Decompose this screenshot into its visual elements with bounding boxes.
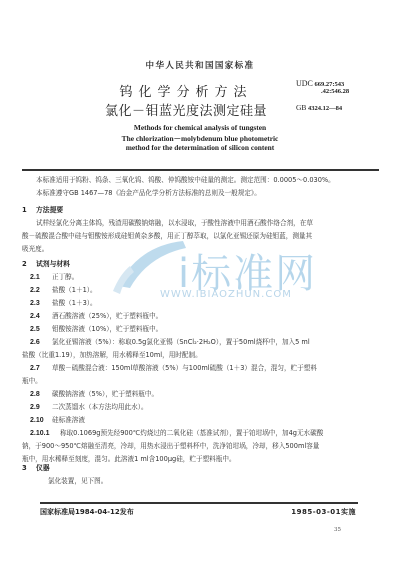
- list-item-2-6-cont: 盐酸（比重1.19），加热溶解，用水稀释至10ml，用时配制。: [22, 349, 380, 362]
- list-item-2-10-1-cont: 钠，于900～950℃熔融至清亮，冷却，用热水浸出于塑料杯中，洗净铂坩埚，冷却，…: [22, 440, 380, 453]
- udc-label: UDC: [296, 79, 313, 88]
- national-standard-label: 中华人民共和国国家标准: [0, 59, 400, 71]
- intro-compliance: 本标准遵守GB 1467—78《冶金产品化学分析方法标准的总则及一般规定》。: [36, 187, 386, 200]
- intro-scope: 本标准适用于钨粉、钨条、三氧化钨、钨酸、仲钨酸铵中硅量的测定。测定范围：0.00…: [36, 174, 386, 187]
- section-1-heading: 1方法提要: [22, 204, 63, 214]
- gb-number-value: 4324.12—84: [308, 105, 342, 112]
- list-item-2-4: 2.4酒石酸溶液（25%），贮于塑料瓶中。: [30, 310, 380, 323]
- section-3-body: 氯化装置，见下图。: [48, 475, 398, 488]
- list-item-2-10-1: 2.10.1称取0.1069g预先经900℃灼烧过的二氧化硅（基准试剂），置于铂…: [30, 427, 380, 440]
- section-1-body-line2: 酸－硫酸混合酸中硅与钼酸铵形成硅钼黄杂多酸，用正丁醇萃取，以氯化亚锡还原为硅钼蓝…: [22, 230, 380, 243]
- implementation-date: 1985-03-01实施: [291, 507, 356, 517]
- header-divider: [22, 169, 379, 171]
- section-2-heading: 2试剂与材料: [22, 258, 70, 268]
- list-item-2-10: 2.10硅标准溶液: [30, 414, 380, 427]
- list-item-2-3: 2.3盐酸（1＋3）。: [30, 297, 380, 310]
- list-item-2-9: 2.9二次蒸馏水（本方法均用此水）。: [30, 401, 380, 414]
- list-item-2-5: 2.5钼酸铵溶液（10%），贮于塑料瓶中。: [30, 323, 380, 336]
- list-item-2-6: 2.6氯化亚锡溶液（5%）：称取0.5g氯化亚锡（SnCl₂·2H₂O），置于5…: [30, 336, 380, 349]
- udc-line1: 669.27:543: [315, 81, 345, 88]
- udc-line2: .42:546.28: [321, 88, 349, 95]
- list-item-2-8: 2.8碳酸钠溶液（5%），贮于塑料瓶中。: [30, 388, 380, 401]
- page-number: 35: [334, 527, 341, 533]
- document-title-en-line3: method for the determination of silicon …: [0, 143, 400, 152]
- list-item-2-1: 2.1正丁醇。: [30, 271, 380, 284]
- list-item-2-10-1-cont2: 瓶中，用水稀释至刻度，混匀。此溶液1 ml含100μg硅，贮于塑料瓶中。: [22, 453, 380, 466]
- issue-date: 国家标准局1984-04-12发布: [40, 507, 134, 517]
- gb-number: GB 4324.12—84: [296, 103, 342, 112]
- gb-label: GB: [296, 103, 306, 112]
- section-1-body-line3: 吸光度。: [22, 243, 380, 256]
- section-3-heading: 3仪器: [22, 462, 50, 472]
- list-item-2-7-cont: 瓶中。: [22, 375, 380, 388]
- section-1-body-line1: 试样经氯化分离主体钨，残渣用碳酸钠熔融，以水浸取，于酸性溶液中用酒石酸作络合剂，…: [36, 217, 380, 230]
- document-title-en-line1: Methods for chemical analysis of tungste…: [0, 123, 400, 132]
- footer-divider: [40, 502, 358, 504]
- list-item-2-2: 2.2盐酸（1＋1）。: [30, 284, 380, 297]
- list-item-2-7: 2.7草酸－硫酸混合液：150ml草酸溶液（5%）与100ml硫酸（1＋3）混合…: [30, 362, 380, 375]
